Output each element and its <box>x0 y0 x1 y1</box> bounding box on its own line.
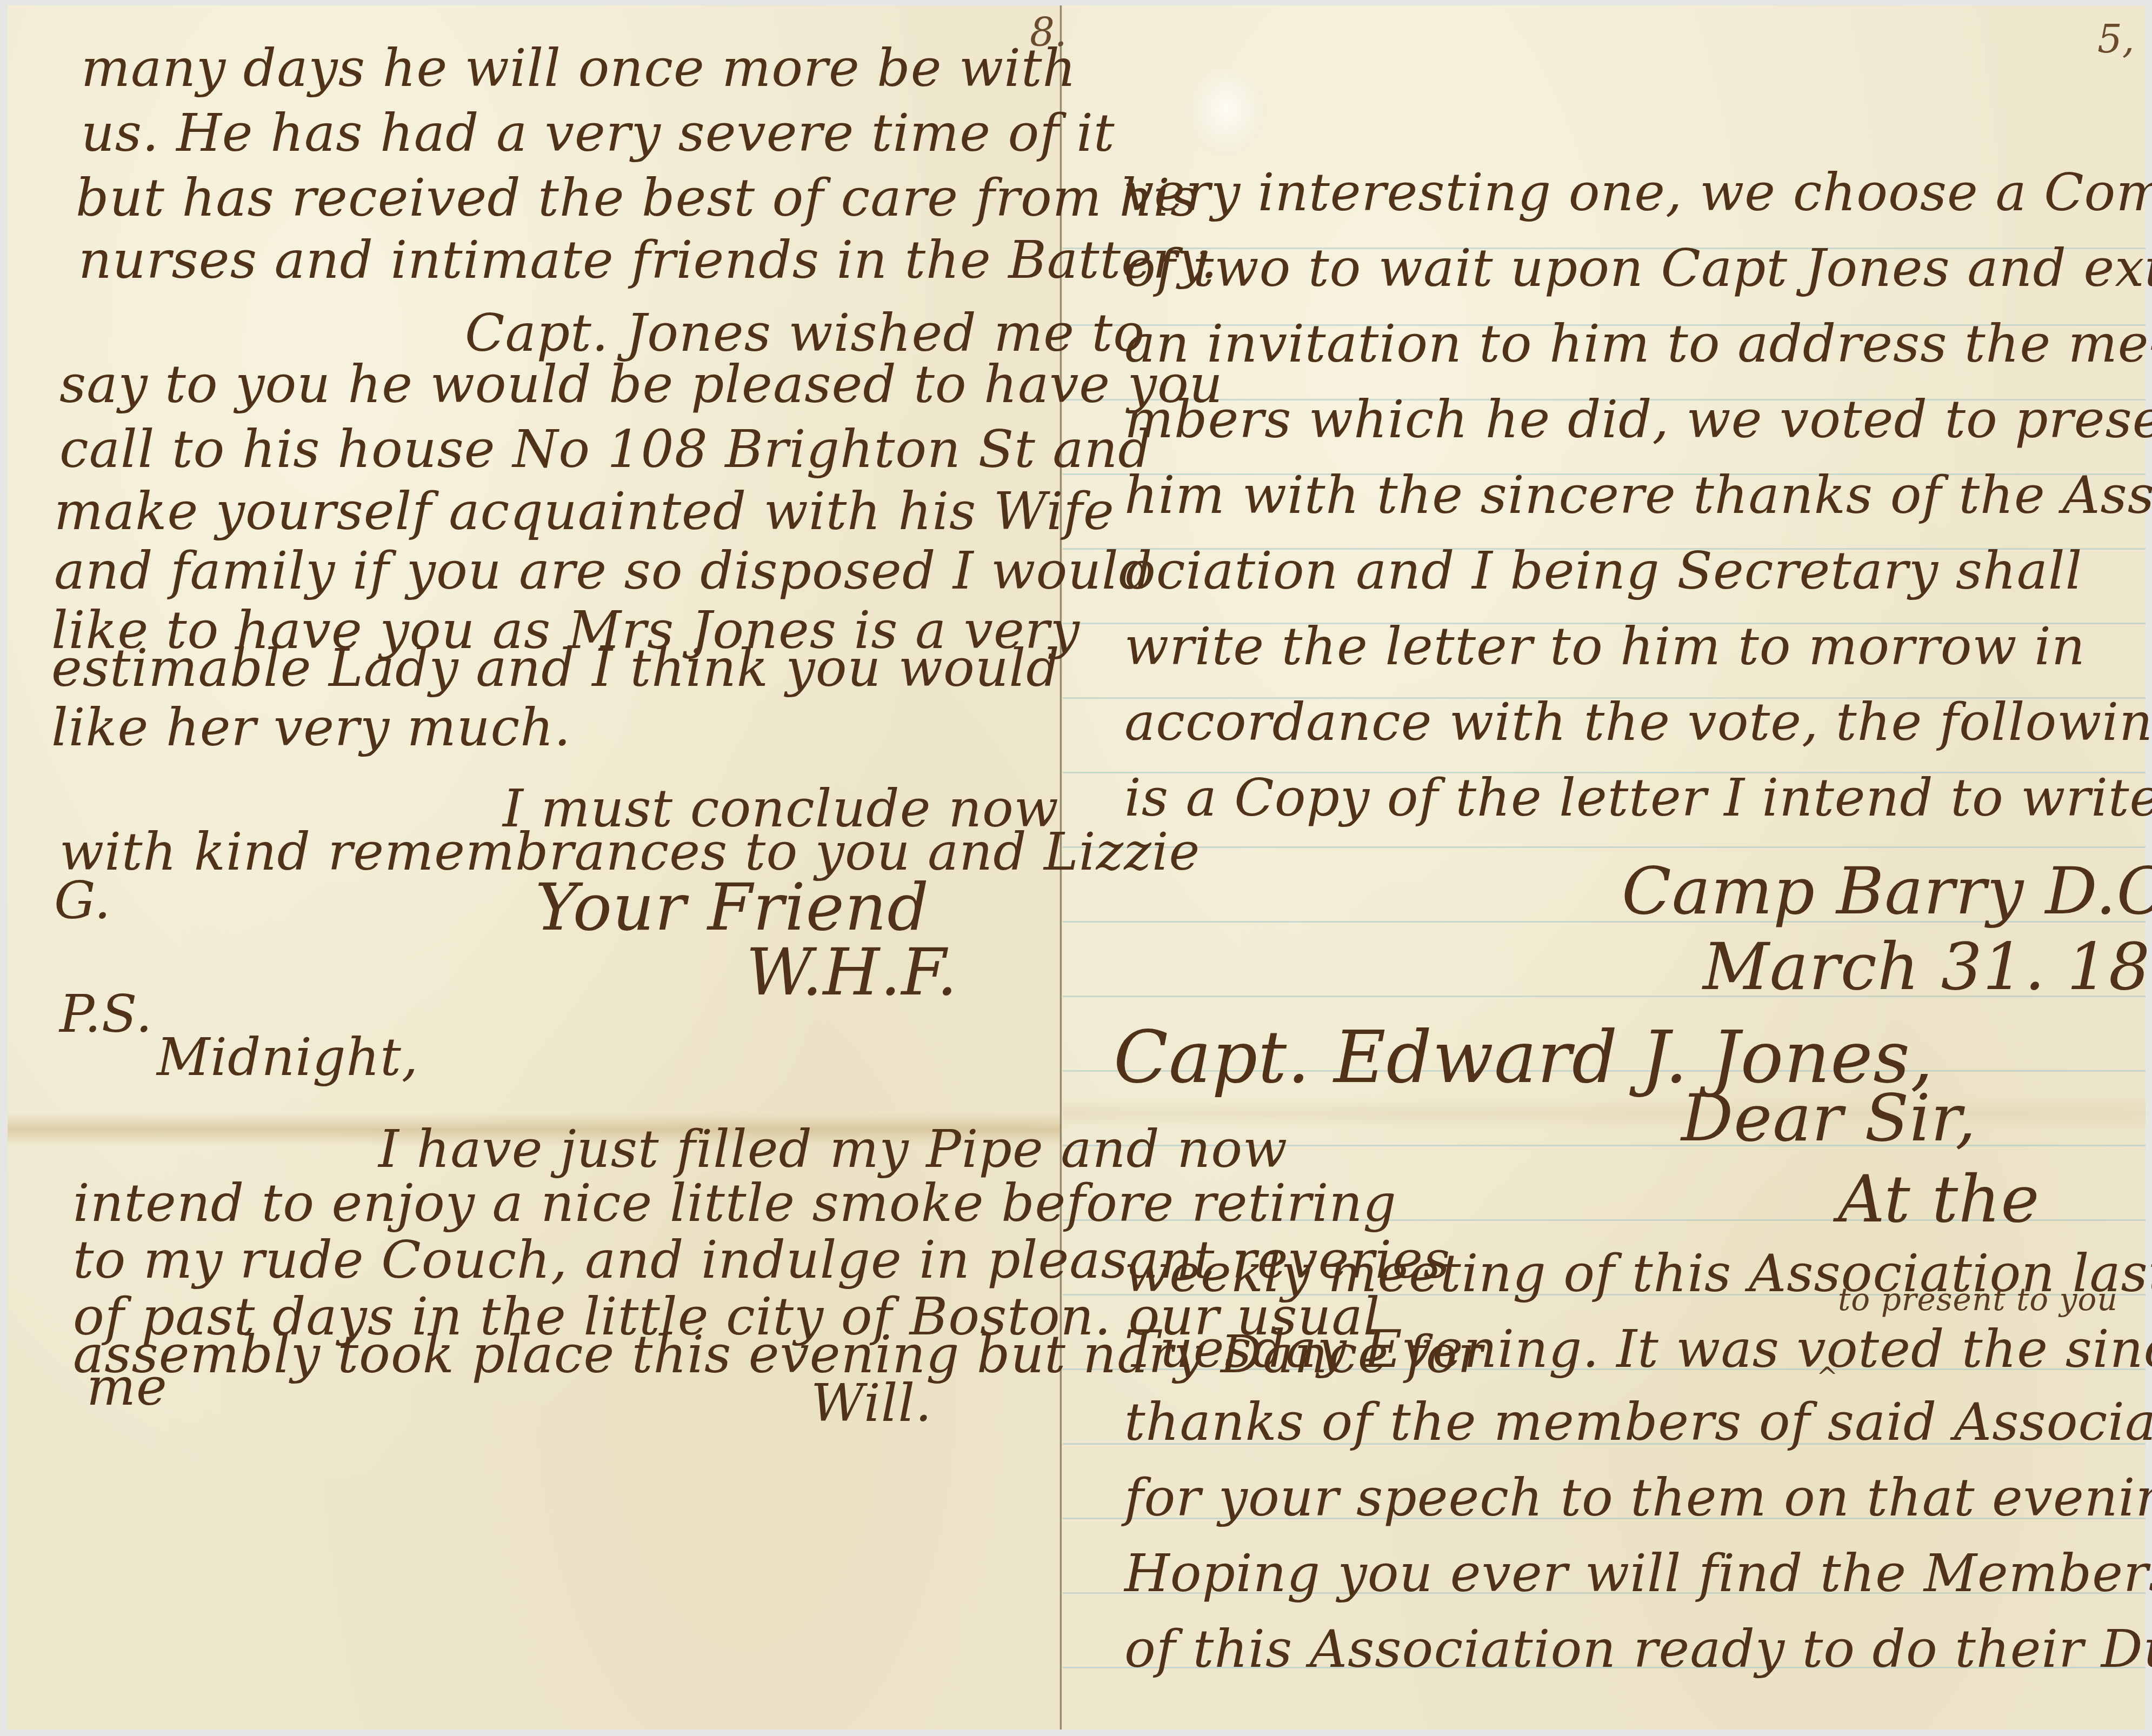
letter-line: G. <box>54 870 111 931</box>
letter-opening: At the <box>1838 1162 2040 1237</box>
letter-line: estimable Lady and I think you would <box>51 638 1060 698</box>
embossed-stationery-seal <box>1186 70 1267 157</box>
letter-line: is a Copy of the letter I intend to writ… <box>1124 767 2152 828</box>
closing-text: Your Friend <box>535 870 929 945</box>
letter-line: him with the sincere thanks of the Ass- <box>1124 465 2152 525</box>
page-number-right: 5, <box>2097 16 2135 62</box>
insertion-above-line: to present to you <box>1838 1281 2118 1318</box>
letter-line: make yourself acquainted with his Wife <box>54 481 1115 542</box>
letter-line: many days he will once more be with <box>81 38 1076 98</box>
letter-line: ociation and I being Secretary shall <box>1124 540 2082 601</box>
letter-copy-line: for your speech to them on that evening <box>1124 1467 2152 1528</box>
letter-line: say to you he would be pleased to have y… <box>59 354 1223 415</box>
letter-place: Camp Barry D.C. <box>1622 854 2152 929</box>
letter-line: call to his house No 108 Brighton St and <box>59 419 1152 479</box>
letter-copy-line: Tuesday Evening. It was voted the sincer… <box>1124 1319 2152 1379</box>
letter-copy-line: thanks of the members of said Associatio… <box>1124 1392 2152 1452</box>
letter-line: of two to wait upon Capt Jones and exten… <box>1124 238 2152 298</box>
letter-line: but has received the best of care from h… <box>76 168 1197 228</box>
letter-line: us. He has had a very severe time of it <box>81 103 1115 163</box>
postscript-label: P.S. <box>59 984 153 1044</box>
postscript-time: Midnight, <box>157 1027 418 1087</box>
letter-line: an invitation to him to address the me- <box>1124 313 2152 374</box>
postscript-line: intend to enjoy a nice little smoke befo… <box>73 1173 1397 1233</box>
letter-line: like her very much. <box>51 697 571 758</box>
letter-copy-line: of this Association ready to do their Du… <box>1124 1619 2152 1679</box>
letter-copy-line: Hoping you ever will find the Members <box>1124 1543 2152 1604</box>
letter-salutation: Dear Sir, <box>1681 1081 1976 1156</box>
letter-line: accordance with the vote, the following <box>1124 692 2152 752</box>
insertion-caret-icon: ^ <box>1816 1362 1838 1392</box>
signature-initials: W.H.F. <box>746 935 958 1010</box>
postscript-line: me <box>86 1357 168 1417</box>
letter-line: very interesting one, we choose a Commit… <box>1124 162 2152 223</box>
letter-line: mbers which he did, we voted to present <box>1124 389 2152 450</box>
letter-line: and family if you are so disposed I woul… <box>54 540 1152 601</box>
postscript-line: I have just filled my Pipe and now <box>378 1119 1288 1179</box>
letter-line: write the letter to him to morrow in <box>1124 616 2086 677</box>
letter-date: March 31. 1864. <box>1703 930 2152 1005</box>
postscript-signature: Will. <box>811 1373 932 1433</box>
ruled-line <box>1062 846 2146 848</box>
letter-line: nurses and intimate friends in the Batte… <box>78 230 1218 290</box>
